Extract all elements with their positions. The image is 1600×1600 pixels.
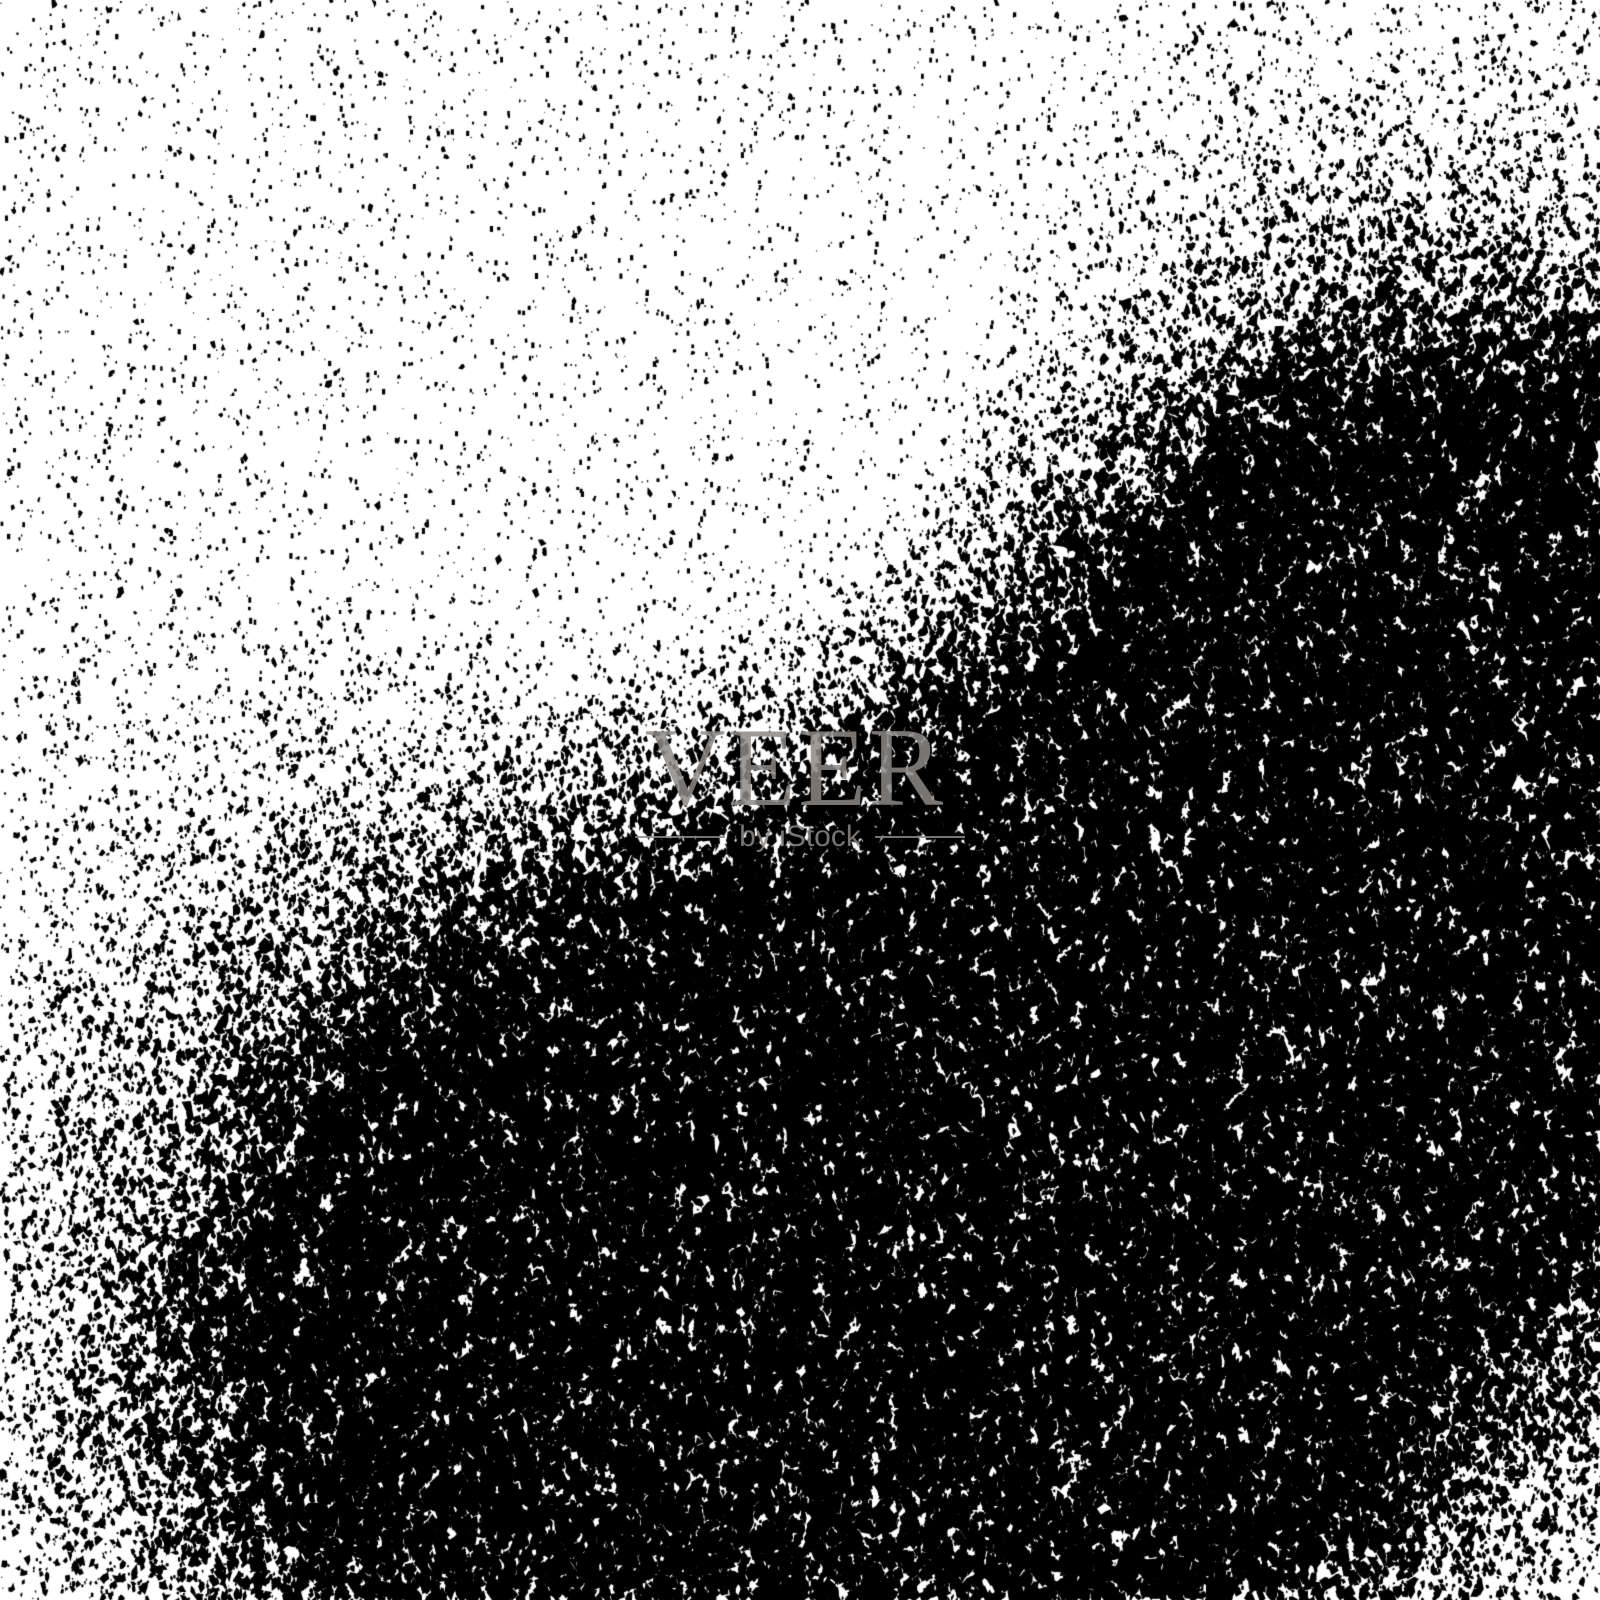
- grunge-texture-canvas: [0, 0, 1600, 1600]
- grunge-texture-image: VEER by iStock: [0, 0, 1600, 1600]
